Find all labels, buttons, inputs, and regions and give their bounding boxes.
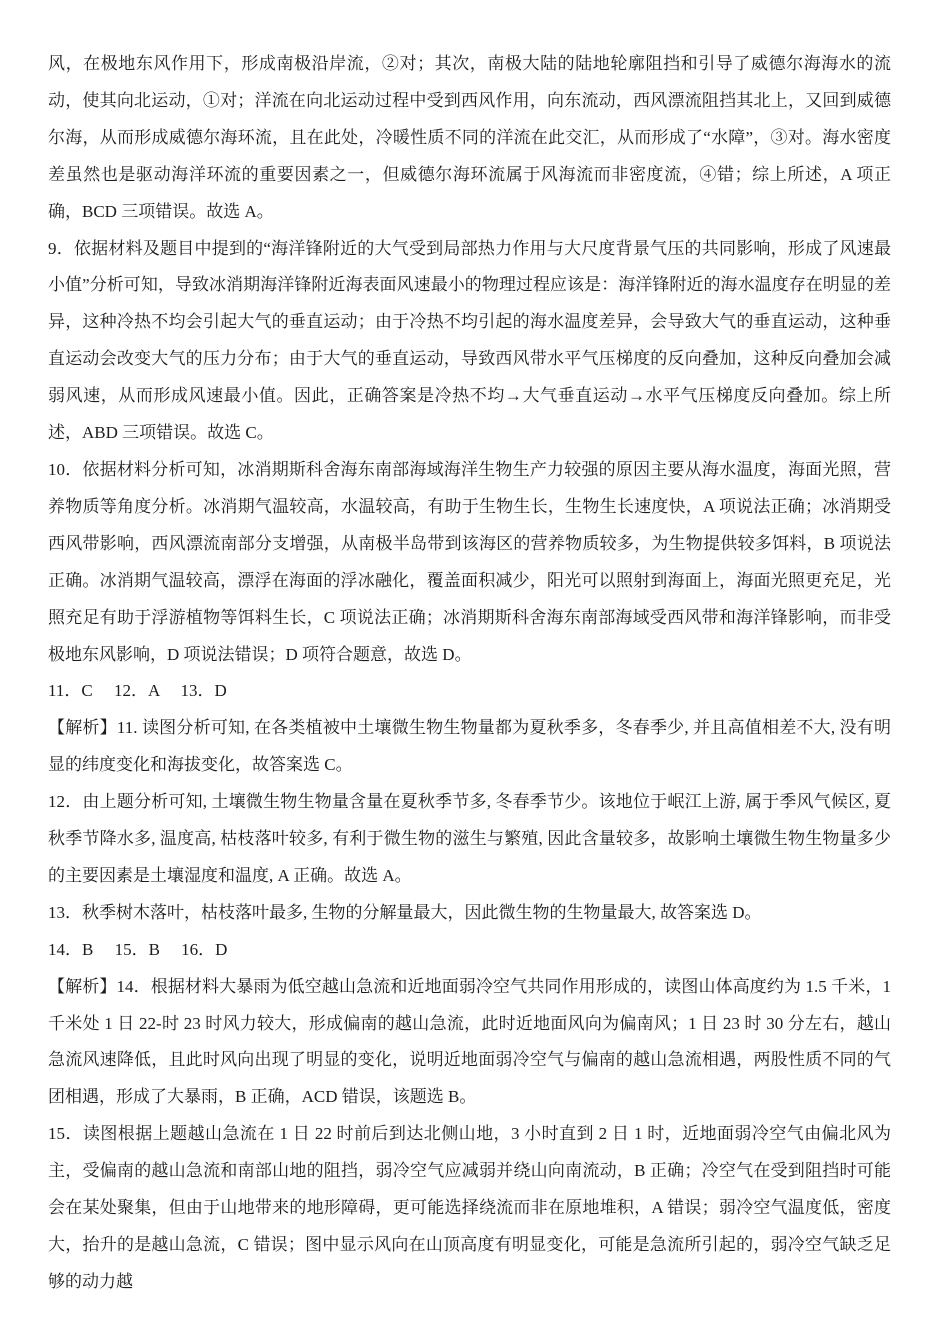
paragraph-explanation-10: 10．依据材料分析可知，冰消期斯科舍海东南部海域海洋生物生产力较强的原因主要从海… — [48, 452, 891, 673]
answer-row-14-16: 14．B 15．B 16．D — [48, 932, 891, 969]
paragraph-explanation-15: 15．读图根据上题越山急流在 1 日 22 时前后到达北侧山地，3 小时直到 2… — [48, 1116, 891, 1301]
paragraph-explanation-13: 13．秋季树木落叶，枯枝落叶最多, 生物的分解量最大，因此微生物的生物量最大, … — [48, 895, 891, 932]
document-page: 风，在极地东风作用下，形成南极沿岸流，②对；其次，南极大陆的陆地轮廓阻挡和引导了… — [0, 0, 950, 1344]
paragraph-explanation-14: 【解析】14．根据材料大暴雨为低空越山急流和近地面弱冷空气共同作用形成的，读图山… — [48, 969, 891, 1117]
answer-row-11-13: 11．C 12．A 13．D — [48, 673, 891, 710]
paragraph-answer-8-continuation: 风，在极地东风作用下，形成南极沿岸流，②对；其次，南极大陆的陆地轮廓阻挡和引导了… — [48, 46, 891, 231]
answer-explanation-text-block: 风，在极地东风作用下，形成南极沿岸流，②对；其次，南极大陆的陆地轮廓阻挡和引导了… — [48, 46, 891, 1301]
paragraph-explanation-11: 【解析】11. 读图分析可知, 在各类植被中土壤微生物生物量都为夏秋季多，冬春季… — [48, 710, 891, 784]
paragraph-explanation-9: 9．依据材料及题目中提到的“海洋锋附近的大气受到局部热力作用与大尺度背景气压的共… — [48, 231, 891, 452]
paragraph-explanation-12: 12．由上题分析可知, 土壤微生物生物量含量在夏秋季节多, 冬春季节少。该地位于… — [48, 784, 891, 895]
